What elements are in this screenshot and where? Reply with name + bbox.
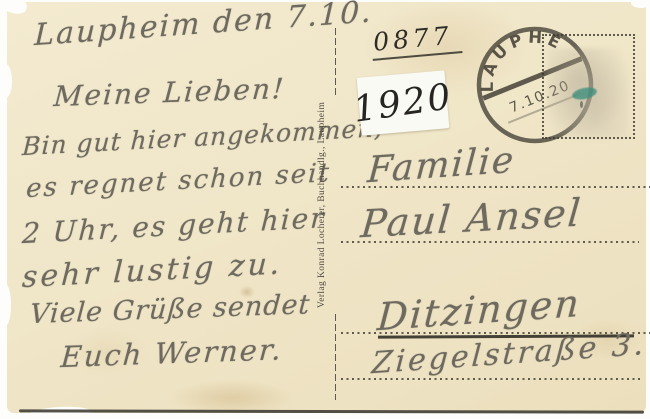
message-signature: Euch Werner. [60,332,284,374]
message-dateline: Laupheim den 7.10. [34,0,374,53]
divider-dash-top [335,28,336,96]
message-line: 2 Uhr, es geht hier [21,201,326,250]
edge-chip [0,284,11,326]
address-line-town: Ditzingen [376,281,582,340]
edge-chip [631,0,650,8]
divider-dash-bottom [335,314,336,400]
catalog-number: 0877 [370,20,462,61]
message-line: es regnet schon seit [25,158,331,204]
postcard: Laupheim den 7.10. Meine Lieben! Bin gut… [7,2,646,413]
message-salutation: Meine Lieben! [53,72,287,113]
edge-chip [0,64,12,98]
message-line: Viele Grüße sendet [29,289,312,330]
address-line-name: Paul Ansel [359,190,584,246]
year-sticker: 1920 [357,70,450,135]
message-line: sehr lustig zu. [21,246,283,295]
scan-background: Laupheim den 7.10. Meine Lieben! Bin gut… [0,0,650,419]
publisher-imprint: Verlag Konrad Locherer, Buchhandlg., Lau… [317,98,334,312]
card-bottom-shadow [19,409,644,413]
edge-chip [0,0,29,16]
address-line-family: Familie [366,140,517,192]
stamp-residue-speck [580,101,583,108]
year-sticker-label: 1920 [351,76,455,130]
